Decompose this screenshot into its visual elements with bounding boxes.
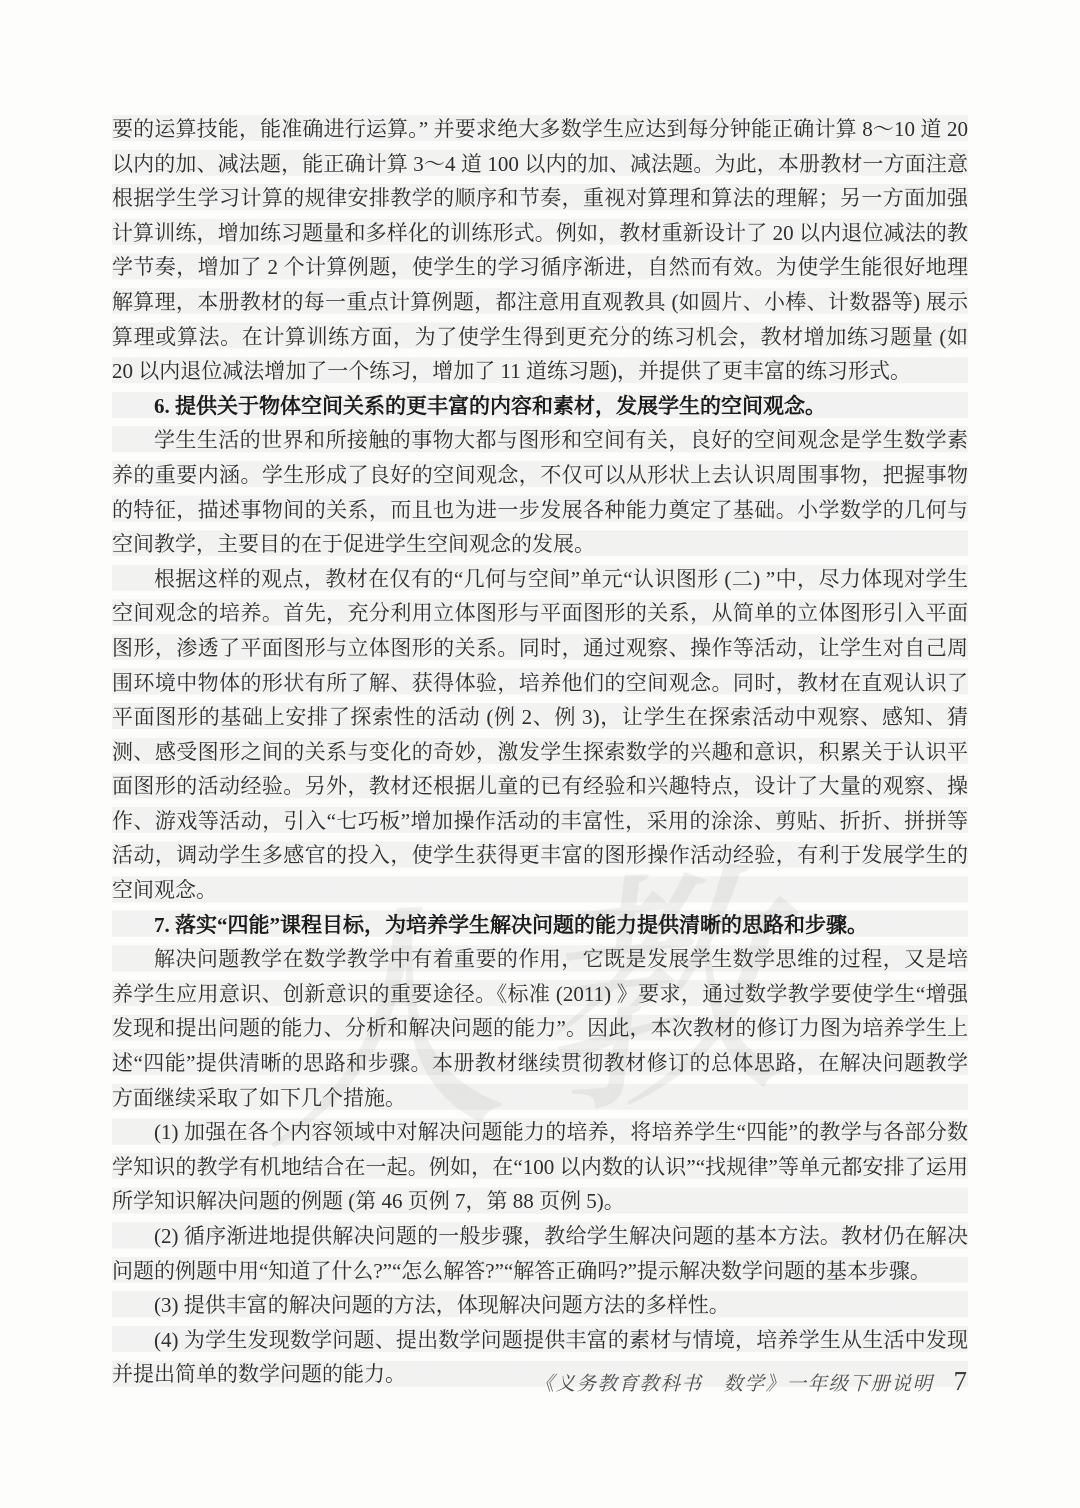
paragraph-spatial-concepts-detail: 根据这样的观点，教材在仅有的“几何与空间”单元“认识图形 (二) ”中，尽力体现… [112,562,968,908]
page-number: 7 [954,1366,968,1397]
page-footer: 《义务教育教科书 数学》一年级下册说明 7 [534,1366,967,1397]
page-content: 要的运算技能，能准确进行运算。” 并要求绝大多数学生应达到每分钟能正确计算 8～… [112,112,968,1392]
paragraph-spatial-concepts-intro: 学生生活的世界和所接触的事物大都与图形和空间有关，良好的空间观念是学生数学素养的… [112,423,968,561]
book-page: 人教 要的运算技能，能准确进行运算。” 并要求绝大多数学生应达到每分钟能正确计算… [0,0,1080,1508]
paragraph-measure-1: (1) 加强在各个内容领域中对解决问题能力的培养，将培养学生“四能”的教学与各部… [112,1115,968,1219]
section-heading-7: 7. 落实“四能”课程目标，为培养学生解决问题的能力提供清晰的思路和步骤。 [112,908,968,943]
paragraph-measure-2: (2) 循序渐进地提供解决问题的一般步骤，教给学生解决问题的基本方法。教材仍在解… [112,1219,968,1288]
paragraph-calculation-skills: 要的运算技能，能准确进行运算。” 并要求绝大多数学生应达到每分钟能正确计算 8～… [112,112,968,389]
section-heading-6: 6. 提供关于物体空间关系的更丰富的内容和素材，发展学生的空间观念。 [112,389,968,424]
footer-book-title: 《义务教育教科书 数学》一年级下册说明 [534,1368,933,1396]
paragraph-measure-3: (3) 提供丰富的解决问题的方法，体现解决问题方法的多样性。 [112,1288,968,1323]
paragraph-problem-solving-intro: 解决问题教学在数学教学中有着重要的作用，它既是发展学生数学思维的过程，又是培养学… [112,942,968,1115]
